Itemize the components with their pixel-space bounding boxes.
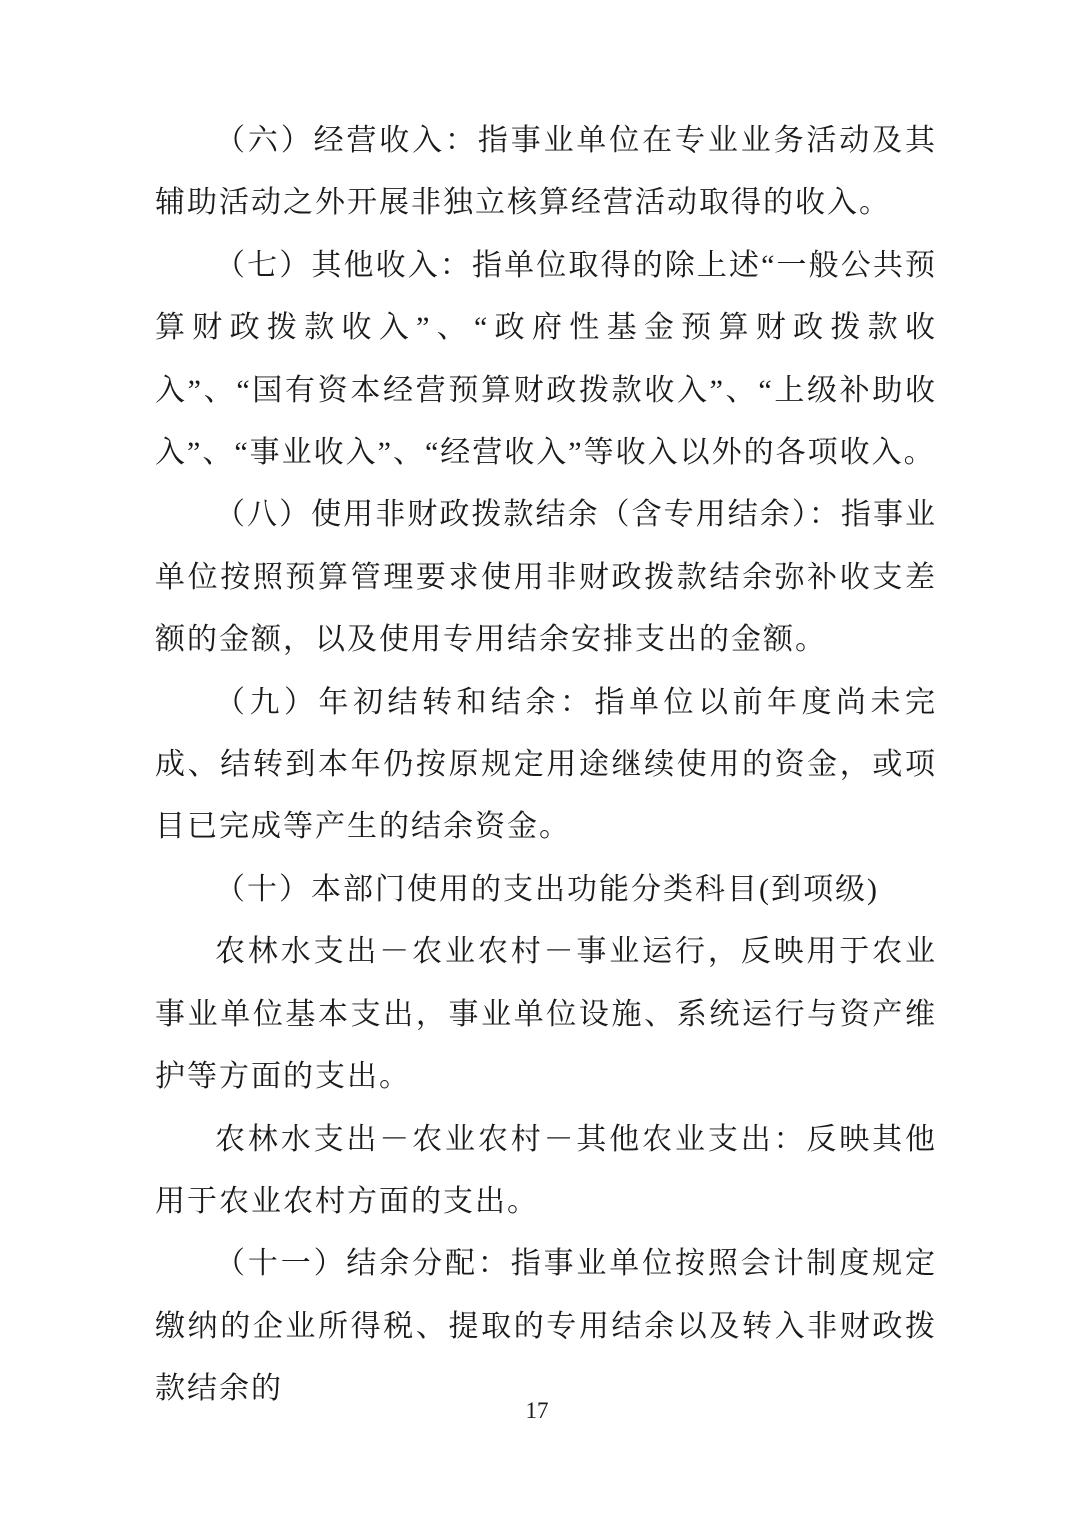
paragraph-9-carryover-balance: （九）年初结转和结余：指单位以前年度尚未完成、结转到本年仍按原规定用途继续使用的… [155,672,937,859]
paragraph-6-operating-income: （六）经营收入：指事业单位在专业业务活动及其辅助活动之外开展非独立核算经营活动取… [155,110,937,235]
paragraph-agriculture-operation: 农林水支出－农业农村－事业运行，反映用于农业事业单位基本支出，事业单位设施、系统… [155,921,937,1108]
document-page: （六）经营收入：指事业单位在专业业务活动及其辅助活动之外开展非独立核算经营活动取… [0,0,1074,1520]
paragraph-8-non-fiscal-balance: （八）使用非财政拨款结余（含专用结余）：指事业单位按照预算管理要求使用非财政拨款… [155,484,937,671]
paragraph-agriculture-other: 农林水支出－农业农村－其他农业支出：反映其他用于农业农村方面的支出。 [155,1109,937,1234]
document-body: （六）经营收入：指事业单位在专业业务活动及其辅助活动之外开展非独立核算经营活动取… [155,110,937,1421]
paragraph-11-balance-distribution: （十一）结余分配：指事业单位按照会计制度规定缴纳的企业所得税、提取的专用结余以及… [155,1233,937,1420]
paragraph-10-expenditure-classification: （十）本部门使用的支出功能分类科目(到项级) [155,859,937,921]
paragraph-7-other-income: （七）其他收入：指单位取得的除上述“一般公共预算财政拨款收入”、“政府性基金预算… [155,235,937,485]
page-number: 17 [0,1398,1074,1424]
